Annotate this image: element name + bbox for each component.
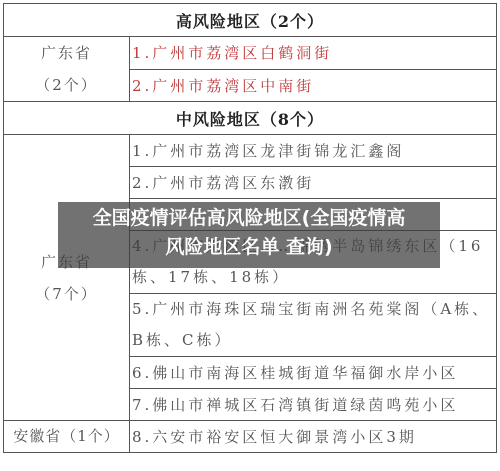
caption-line-2: 风险地区名单 查询) [58, 233, 440, 262]
high-risk-item: 2.广州市荔湾区中南街 [130, 69, 497, 102]
high-risk-header: 高风险地区（2个） [4, 4, 497, 37]
province-count: （2个） [4, 69, 129, 101]
province-name: 广东省 [4, 37, 129, 69]
high-risk-item: 1.广州市荔湾区白鹤洞街 [130, 37, 497, 70]
caption-line-1: 全国疫情评估高风险地区(全国疫情高 [58, 204, 440, 233]
province-cell: 广东省 （2个） [4, 37, 130, 102]
medium-risk-header: 中风险地区（8个） [4, 102, 497, 135]
medium-risk-item: 1.广州市荔湾区龙津街锦龙汇鑫阁 [130, 135, 497, 167]
medium-risk-item: 5.广州市海珠区瑞宝街南洲名苑棠阁（A栋、B栋、C栋） [130, 294, 497, 357]
caption-text: 全国疫情评估高风险地区(全国疫情高 风险地区名单 查询) [58, 204, 440, 262]
medium-risk-item: 2.广州市荔湾区东漖街 [130, 167, 497, 199]
medium-risk-item: 7.佛山市禅城区石湾镇街道绿茵鸣苑小区 [130, 389, 497, 421]
medium-risk-item: 8.六安市裕安区恒大御景湾小区3期 [130, 421, 497, 453]
province-cell: 广东省 （7个） [4, 135, 130, 421]
province-name: 安徽省（1个） [4, 421, 130, 453]
medium-risk-item: 6.佛山市南海区桂城街道华福御水岸小区 [130, 357, 497, 389]
province-count: （7个） [4, 278, 129, 310]
